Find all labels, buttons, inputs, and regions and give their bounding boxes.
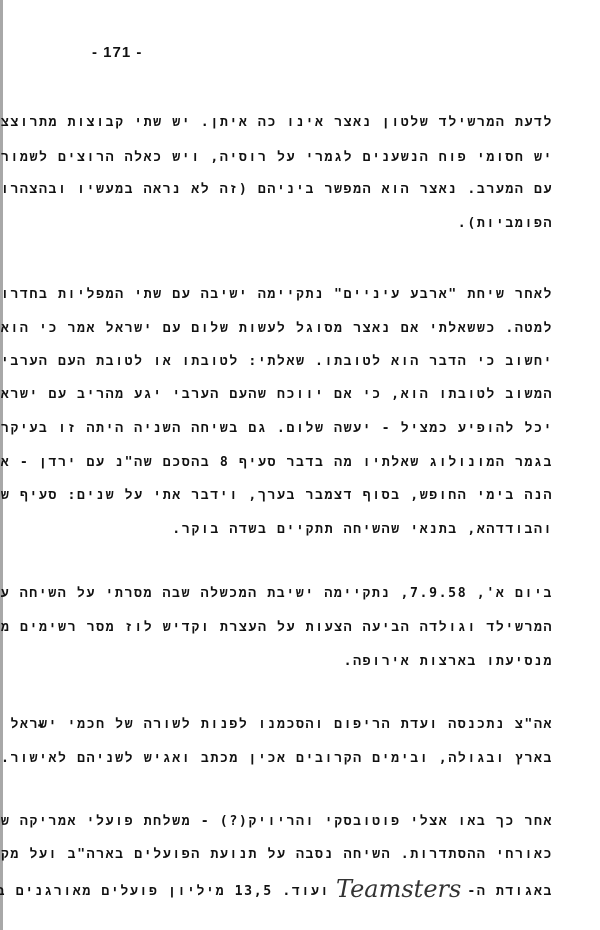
- text-line: עם המערב. נאצר הוא המפשר ביניהם (זה לא נ…: [0, 181, 553, 199]
- text-segment: באגודת ה-: [467, 884, 553, 899]
- text-line: למטה. כששאלתי אם נאצר מסוגל לעשות שלום ע…: [33, 320, 553, 338]
- text-line: לדעת המרשילד שלטון נאצר אינו כה איתן. יש…: [33, 114, 553, 132]
- text-line: המשוב לטובתו הוא, כי אם יווכח שהעם הערבי…: [33, 386, 553, 404]
- text-line: יכל להופיע כמציל - יעשה שלום. גם בשיחה ה…: [33, 420, 553, 438]
- text-line: הפומביות).: [458, 215, 553, 233]
- text-line: כאורחי ההסתדרות. השיחה נסבה על תנועת הפו…: [33, 846, 553, 864]
- text-line: ביום א', 7.9.58, נתקיימה ישיבת המכשלה שב…: [0, 585, 553, 603]
- text-line: אה"צ נתכנסה ועדת הריפום והסכמנו לפנות לש…: [10, 716, 553, 734]
- text-line: המרשילד וגולדה הביעה הצעות על העצרת וקדי…: [0, 619, 553, 637]
- text-line: יחשוב כי הדבר הוא לטובתו. שאלתי: לטובתו …: [33, 353, 553, 371]
- handwritten-annotation: Teamsters: [336, 880, 461, 898]
- text-segment: ועוד. 13,5 מיליון פועלים מאורגנים באיחוד…: [0, 884, 330, 899]
- page-number: - 171 -: [92, 44, 142, 61]
- text-line: יש חסומי פוח הנשענים לגמרי על רוסיה, ויש…: [33, 149, 553, 167]
- text-line: מנסיעתו בארצות אירופה.: [344, 653, 553, 671]
- text-line: הנה בימי החופש, בסוף דצמבר בערך, וידבר א…: [33, 487, 553, 505]
- text-line: אחר כך באו אצלי פוטובסקי והריויק(?) - מש…: [0, 813, 553, 831]
- text-line: והבודדהא, בתנאי שהשיחה תתקיים בשדה בוקר.: [172, 521, 553, 539]
- text-line: בגמר המונולוג שאלתיו מה בדבר סעיף 8 בהסכ…: [33, 454, 553, 472]
- text-line: בארץ ובגולה, ובימים הקרובים אכין מכתב וא…: [1, 750, 553, 768]
- text-line: לאחר שיחת "ארבע עיניים" נתקיימה ישיבה עם…: [1, 286, 553, 304]
- text-line-with-handwriting: באגודת ה-Teamstersועוד. 13,5 מיליון פועל…: [33, 878, 553, 901]
